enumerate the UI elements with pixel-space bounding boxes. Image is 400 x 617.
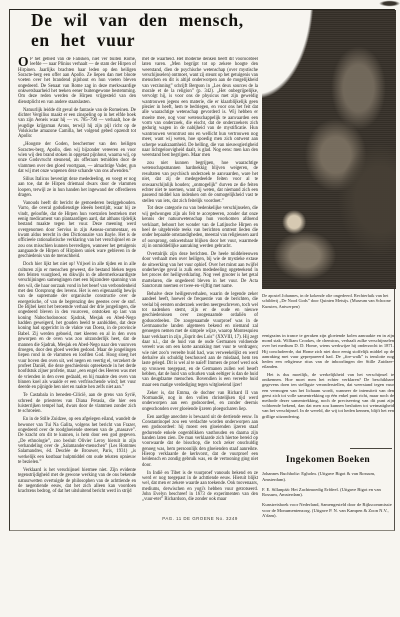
page-footer: PAG. 11 DE GROENE No. 3249 — [100, 516, 300, 521]
text-column-right: eenigszins in trance te geraken zijn glo… — [262, 333, 394, 436]
paragraph: Overtalrijk zijn deze berichten. De heel… — [142, 252, 258, 289]
paragraph: Vanouds heeft dit bericht de gemoederen … — [18, 201, 136, 260]
book-list-item: F. E. Sillanpää: Het Zachtmoedig Erfdeel… — [262, 487, 394, 498]
image-caption: De apostel Johannes, in de kokende olie … — [262, 293, 393, 309]
paragraph: Een aardige anecdote is bewaard uit de d… — [142, 415, 258, 468]
paragraph: „Hoogste der Goden, beschermer van den h… — [18, 142, 136, 174]
article-title-line1: De wil van den mensch, — [31, 10, 271, 30]
paragraph: Silius Italicus bevestigt deze mededeeli… — [18, 177, 136, 198]
received-books-heading: Ingekomen Boeken — [262, 455, 394, 465]
paragraph-text: P het gebied van de Falisken, niet ver b… — [18, 57, 136, 105]
paragraph: Doch hier lijkt het niet op! Vrijwel in … — [18, 262, 136, 390]
drop-cap: O — [18, 57, 30, 68]
paragraph: zou niet kunnen begrijpen, hoe waarachti… — [142, 161, 258, 204]
paragraph: Tot deze categorie nu van bedenkelijke v… — [142, 206, 258, 249]
article-end-rule — [350, 448, 392, 449]
paragraph: eenigszins in trance te geraken zijn glo… — [262, 333, 394, 369]
magazine-page: De wil van den mensch, en het vuur OP he… — [0, 0, 400, 617]
paragraph: Het is dus moeilijk, de werkelijkheid va… — [262, 372, 394, 419]
paragraph: In Indië en Tibet is de vuurproef vanoud… — [142, 471, 258, 503]
paragraph: Natuurlijk leidde dit geval de fantasie … — [18, 108, 136, 140]
paragraph: Zeker is, dat Emma, de dochter van Richa… — [142, 391, 258, 412]
paragraph: Te Castabala in beneden-Cilicië, aan de … — [18, 393, 136, 414]
article-title: De wil van den mensch, en het vuur — [31, 10, 271, 50]
book-list-item: Johannes Buchholtz: Egholm. (Uitgave Big… — [262, 471, 394, 482]
painting-halftone-image — [262, 10, 396, 289]
text-column-middle: met de waarheid. Het moderne denken heef… — [142, 57, 258, 509]
paragraph: met de waarheid. Het moderne denken heef… — [142, 57, 258, 159]
article-title-line2: en het vuur — [31, 30, 271, 50]
scan-artifact-smudge — [374, 0, 400, 7]
paragraph: OP het gebied van de Falisken, niet ver … — [18, 57, 136, 105]
paragraph: Verklaard is het verschijnsel hiermee ni… — [18, 468, 136, 495]
text-column-left: OP het gebied van de Falisken, niet ver … — [18, 57, 136, 509]
paragraph: En in de Stille Zuidzee, op een afgelege… — [18, 417, 136, 465]
received-books-section: Ingekomen Boeken Johannes Buchholtz: Egh… — [262, 455, 394, 523]
paragraph: Behalve deze heiligenverhalen, waarin de… — [142, 292, 258, 388]
